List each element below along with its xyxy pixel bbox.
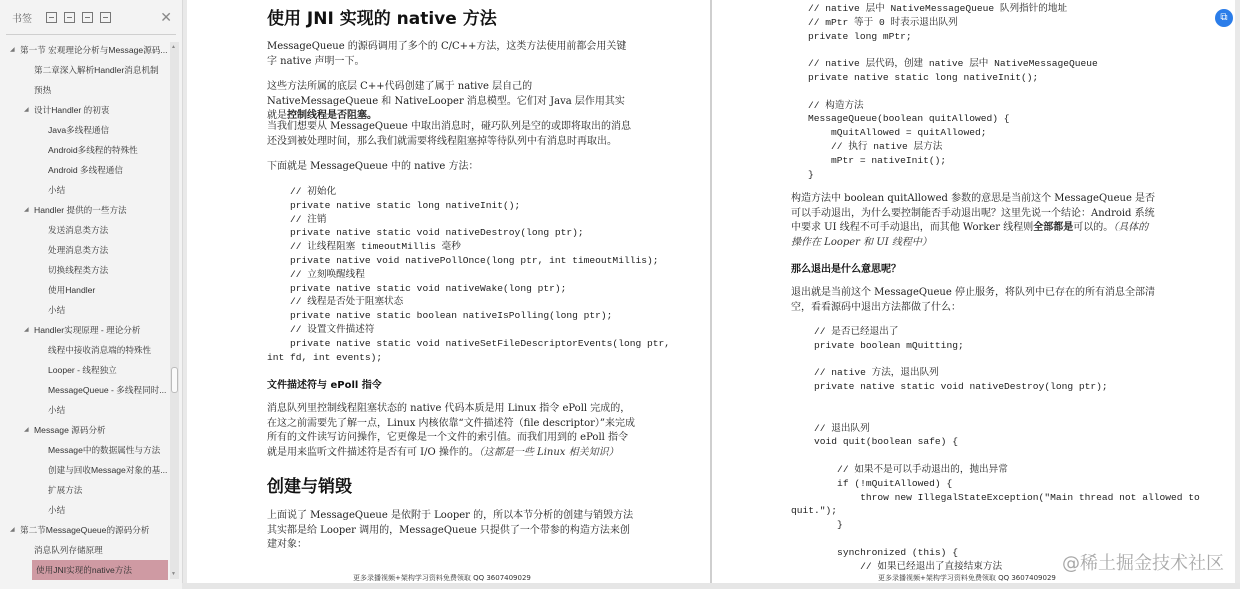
bookmark-item[interactable]: ◢Handler实现原理 - 理论分析 xyxy=(4,320,168,340)
bookmark-label: Android 多线程通信 xyxy=(48,165,123,175)
bookmark-item[interactable]: Message中的数据属性与方法 xyxy=(4,440,168,460)
bookmark-item[interactable]: Java多线程通信 xyxy=(4,120,168,140)
expand-toggle-icon[interactable]: ◢ xyxy=(24,200,29,220)
bookmark-item[interactable]: 小结 xyxy=(4,500,168,520)
bookmark-item[interactable]: 使用Handler xyxy=(4,280,168,300)
bookmark-item[interactable]: 处理消息类方法 xyxy=(4,240,168,260)
bookmark-label: 处理消息类方法 xyxy=(48,245,108,255)
paragraph: 当我们想要从 MessageQueue 中取出消息时，碰巧队列是空的或即将取出的… xyxy=(267,120,632,149)
bookmark-label: 创建与回收Message对象的基... xyxy=(48,465,167,475)
bookmark-item[interactable]: 创建与回收Message对象的基... xyxy=(4,460,168,480)
paragraph: 消息队列里控制线程阻塞状态的 native 代码本质是用 Linux 指令 eP… xyxy=(267,402,635,460)
bookmark-label: Handler 提供的一些方法 xyxy=(34,205,127,215)
bookmark-item[interactable]: 第二章深入解析Handler消息机制 xyxy=(4,60,168,80)
collapse-all-icon[interactable] xyxy=(64,12,75,23)
subsection-heading: 那么退出是什么意思呢？ xyxy=(791,260,901,275)
bookmark-item[interactable]: Android多线程的特殊性 xyxy=(4,140,168,160)
bookmark-label: Message 源码分析 xyxy=(34,425,106,435)
add-bookmark-icon[interactable] xyxy=(82,12,93,23)
bookmark-sidebar: 书签 ✕ ◢第一节 宏观理论分析与Message源码...第二章深入解析Hand… xyxy=(0,0,183,589)
section-title: 创建与销毁 xyxy=(267,472,352,497)
paragraph: 退出就是当前这个 MessageQueue 停止服务，将队列中已存在的所有消息全… xyxy=(791,286,1156,315)
paragraph: 这些方法所属的底层 C++代码创建了属于 native 层自己的 NativeM… xyxy=(267,80,632,124)
bookmark-item[interactable]: 扩展方法 xyxy=(4,480,168,500)
expand-toggle-icon[interactable]: ◢ xyxy=(24,420,29,440)
bookmark-item[interactable]: 线程中接收消息端的特殊性 xyxy=(4,340,168,360)
bookmark-label: Message中的数据属性与方法 xyxy=(48,445,160,455)
scrollbar-thumb[interactable] xyxy=(171,367,178,393)
expand-toggle-icon[interactable]: ◢ xyxy=(10,40,15,60)
bookmark-item[interactable]: Looper - 线程独立 xyxy=(4,360,168,380)
bookmark-label: 设计Handler 的初衷 xyxy=(34,105,109,115)
bookmark-label: 线程中接收消息端的特殊性 xyxy=(48,345,151,355)
code-block: // 是否已经退出了 private boolean mQuitting; //… xyxy=(791,325,1200,573)
subsection-heading: 文件描述符与 ePoll 指令 xyxy=(267,376,382,391)
bookmark-label: 第二节MessageQueue的源码分析 xyxy=(20,525,149,535)
bookmark-label: 消息队列存储原理 xyxy=(34,545,103,555)
bookmark-item[interactable]: 预热 xyxy=(4,80,168,100)
paragraph: 下面就是 MessageQueue 中的 native 方法： xyxy=(267,160,632,175)
horizontal-scrollbar[interactable] xyxy=(182,583,1240,589)
bookmark-item[interactable]: 切换线程类方法 xyxy=(4,260,168,280)
bookmark-label: 使用JNI实现的native方法 xyxy=(36,565,132,575)
bookmark-label: Java多线程通信 xyxy=(48,125,109,135)
section-title: 使用 JNI 实现的 native 方法 xyxy=(267,4,497,29)
bookmark-label: Android多线程的特殊性 xyxy=(48,145,138,155)
bookmark-label: 第一节 宏观理论分析与Message源码... xyxy=(20,45,168,55)
bookmark-item[interactable]: ◢设计Handler 的初衷 xyxy=(4,100,168,120)
bookmark-item[interactable]: ◢Message 源码分析 xyxy=(4,420,168,440)
translate-icon[interactable]: ⧉ xyxy=(1215,9,1233,27)
bookmark-label: Looper - 线程独立 xyxy=(48,365,117,375)
bookmark-item[interactable]: 消息队列存储原理 xyxy=(4,540,168,560)
watermark: @稀土掘金技术社区 xyxy=(1062,549,1224,575)
scroll-up-icon[interactable]: ▲ xyxy=(171,44,176,50)
page-footer: 更多录播视频+架构学习资料免费领取 QQ 3607409029 xyxy=(878,573,1056,583)
code-block: // 初始化 private native static long native… xyxy=(267,185,670,364)
scroll-down-icon[interactable]: ▼ xyxy=(171,571,176,577)
expand-toggle-icon[interactable]: ◢ xyxy=(10,520,15,540)
bookmark-label: 小结 xyxy=(48,505,65,515)
bookmark-label: Handler实现原理 - 理论分析 xyxy=(34,325,140,335)
expand-all-icon[interactable] xyxy=(46,12,57,23)
bookmark-label: 使用Handler xyxy=(48,285,95,295)
bookmark-item[interactable]: Android 多线程通信 xyxy=(4,160,168,180)
paragraph: MessageQueue 的源码调用了多个的 C/C++方法，这类方法使用前都会… xyxy=(267,40,632,69)
sidebar-scrollbar[interactable]: ▲ ▼ xyxy=(170,42,179,579)
bookmark-item[interactable]: ◢Handler 提供的一些方法 xyxy=(4,200,168,220)
bookmark-label: 小结 xyxy=(48,185,65,195)
bookmark-item[interactable]: MessageQueue - 多线程同时... xyxy=(4,380,168,400)
bookmark-item[interactable]: ◢第二节MessageQueue的源码分析 xyxy=(4,520,168,540)
bookmark-label: 发送消息类方法 xyxy=(48,225,108,235)
bookmark-label: 切换线程类方法 xyxy=(48,265,108,275)
sidebar-header: 书签 ✕ xyxy=(6,0,176,35)
bookmark-label: 第二章深入解析Handler消息机制 xyxy=(34,65,159,75)
expand-toggle-icon[interactable]: ◢ xyxy=(24,100,29,120)
bookmark-label: 扩展方法 xyxy=(48,485,82,495)
bookmark-label: MessageQueue - 多线程同时... xyxy=(48,385,166,395)
document-page-left: 使用 JNI 实现的 native 方法 MessageQueue 的源码调用了… xyxy=(187,0,710,583)
code-block: // native 层中 NativeMessageQueue 队列指针的地址 … xyxy=(808,2,1098,181)
bookmark-item[interactable]: 小结 xyxy=(4,300,168,320)
close-icon[interactable]: ✕ xyxy=(160,9,172,26)
bookmark-item[interactable]: 发送消息类方法 xyxy=(4,220,168,240)
sidebar-toolbar xyxy=(46,12,111,23)
bookmark-item[interactable]: 小结 xyxy=(4,400,168,420)
bookmark-label: 小结 xyxy=(48,405,65,415)
bookmark-item[interactable]: 使用JNI实现的native方法 xyxy=(32,560,168,580)
bookmark-label: 预热 xyxy=(34,85,51,95)
bookmark-item[interactable]: 小结 xyxy=(4,180,168,200)
bookmark-tree: ◢第一节 宏观理论分析与Message源码...第二章深入解析Handler消息… xyxy=(4,40,168,580)
paragraph: 上面说了 MessageQueue 是依附于 Looper 的，所以本节分析的创… xyxy=(267,509,635,553)
expand-toggle-icon[interactable]: ◢ xyxy=(24,320,29,340)
bookmark-label: 小结 xyxy=(48,305,65,315)
document-page-right: // native 层中 NativeMessageQueue 队列指针的地址 … xyxy=(712,0,1235,583)
bookmark-item[interactable]: ◢第一节 宏观理论分析与Message源码... xyxy=(4,40,168,60)
sidebar-title: 书签 xyxy=(12,10,46,25)
page-footer: 更多录播视频+架构学习资料免费领取 QQ 3607409029 xyxy=(353,573,531,583)
bookmark-options-icon[interactable] xyxy=(100,12,111,23)
paragraph: 构造方法中 boolean quitAllowed 参数的意思是当前这个 Mes… xyxy=(791,192,1156,250)
